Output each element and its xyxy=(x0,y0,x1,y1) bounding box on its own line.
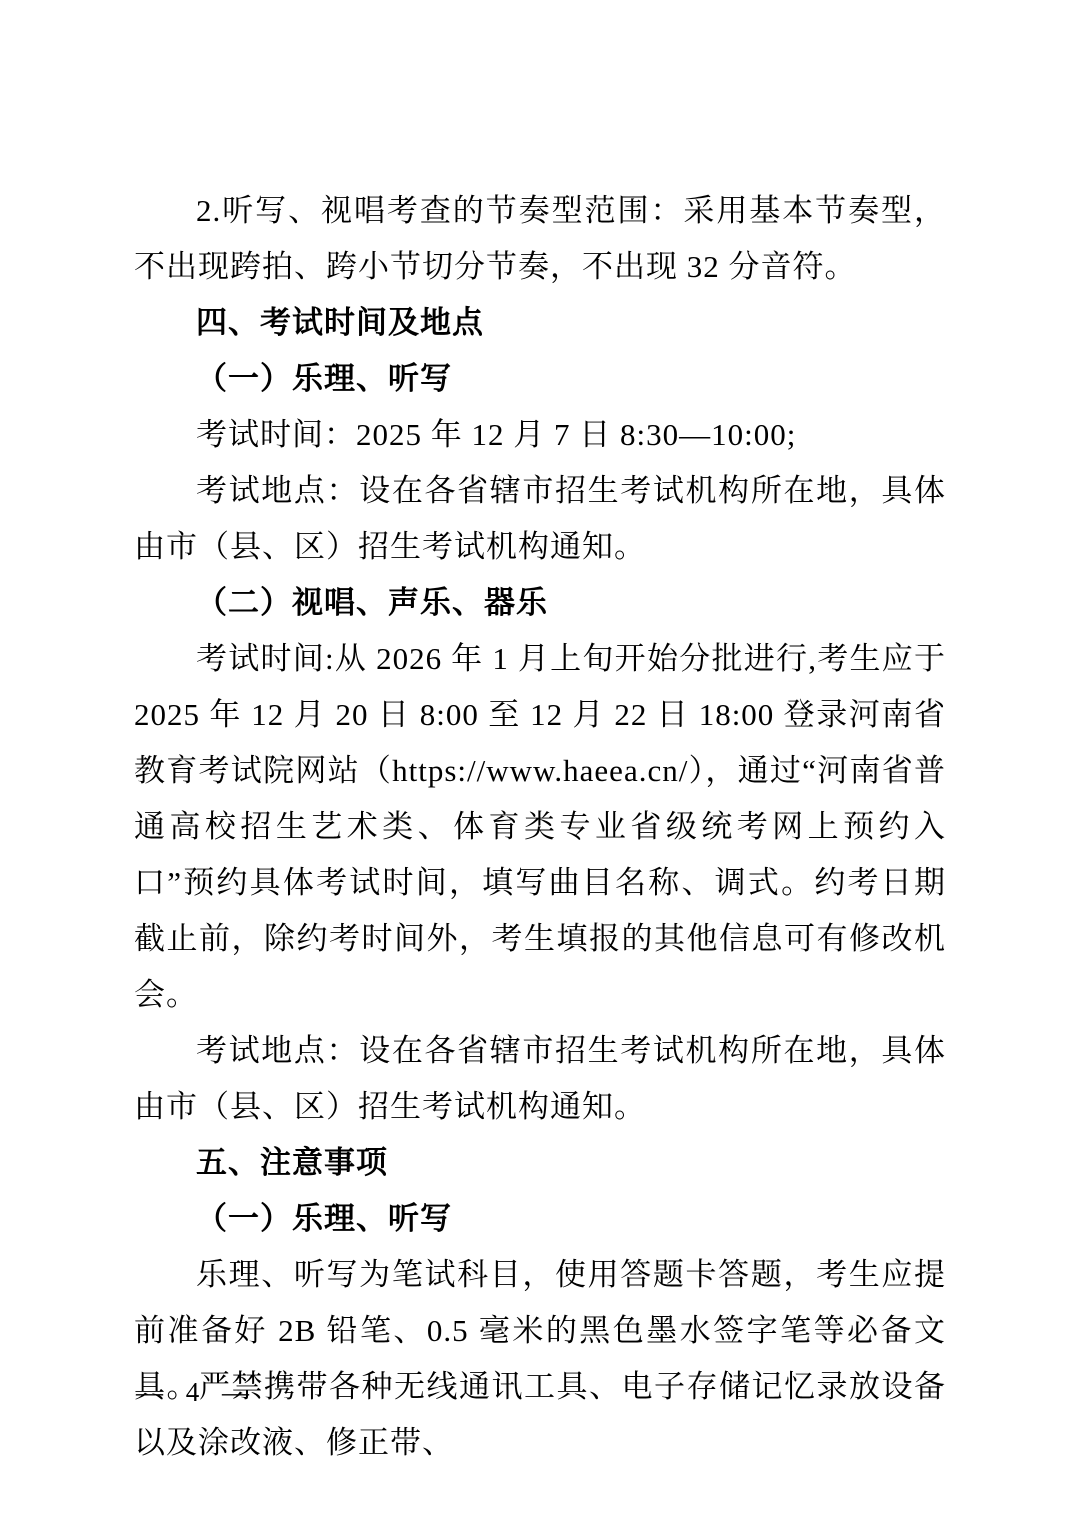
document-body: 2.听写、视唱考查的节奏型范围：采用基本节奏型，不出现跨拍、跨小节切分节奏，不出… xyxy=(134,183,946,1471)
subheading-theory-dictation-2: （一）乐理、听写 xyxy=(134,1191,946,1247)
section-heading-exam-time-place: 四、考试时间及地点 xyxy=(134,295,946,351)
section-heading-notes: 五、注意事项 xyxy=(134,1135,946,1191)
paragraph-exam-place-2: 考试地点：设在各省辖市招生考试机构所在地，具体由市（县、区）招生考试机构通知。 xyxy=(134,1023,946,1135)
subheading-sightsinging-vocal-instrumental: （二）视唱、声乐、器乐 xyxy=(134,575,946,631)
paragraph-exam-time-2: 考试时间:从 2026 年 1 月上旬开始分批进行,考生应于 2025 年 12… xyxy=(134,631,946,1023)
paragraph-written-exam-notes: 乐理、听写为笔试科目，使用答题卡答题，考生应提前准备好 2B 铅笔、0.5 毫米… xyxy=(134,1247,946,1471)
document-page: 2.听写、视唱考查的节奏型范围：采用基本节奏型，不出现跨拍、跨小节切分节奏，不出… xyxy=(0,0,1080,1527)
paragraph-exam-time-1: 考试时间：2025 年 12 月 7 日 8:30—10:00; xyxy=(134,407,946,463)
subheading-theory-dictation: （一）乐理、听写 xyxy=(134,351,946,407)
paragraph-rhythm-scope: 2.听写、视唱考查的节奏型范围：采用基本节奏型，不出现跨拍、跨小节切分节奏，不出… xyxy=(134,183,946,295)
page-number: — 4 — xyxy=(136,1372,257,1412)
paragraph-exam-place-1: 考试地点：设在各省辖市招生考试机构所在地，具体由市（县、区）招生考试机构通知。 xyxy=(134,463,946,575)
